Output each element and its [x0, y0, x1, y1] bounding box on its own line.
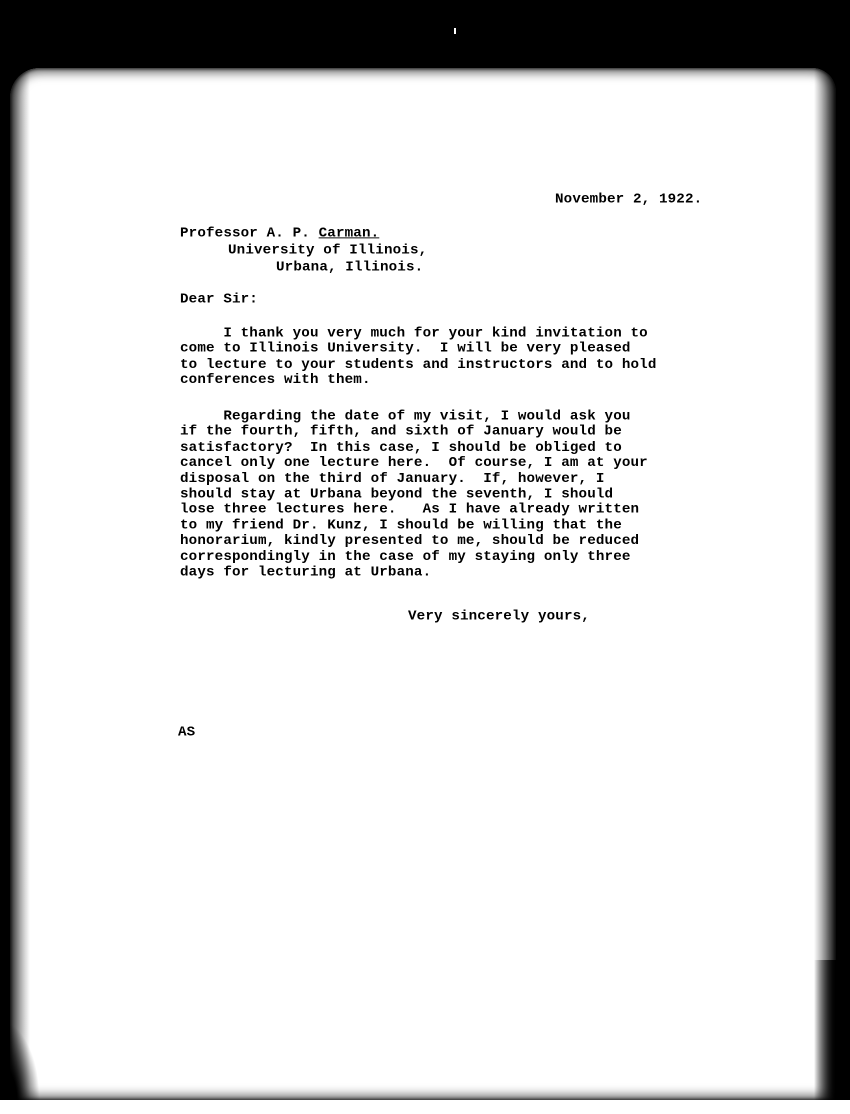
paragraph-line: Regarding the date of my visit, I would …	[180, 409, 648, 425]
typist-initials: AS	[178, 725, 195, 741]
scan-artifact	[454, 28, 456, 34]
closing: Very sincerely yours,	[408, 609, 590, 625]
paragraph-line: satisfactory? In this case, I should be …	[180, 440, 648, 456]
paragraph-line: should stay at Urbana beyond the seventh…	[180, 487, 648, 503]
paragraph-line: to my friend Dr. Kunz, I should be willi…	[180, 518, 648, 534]
paragraph-2: Regarding the date of my visit, I would …	[180, 409, 648, 580]
letter-date: November 2, 1922.	[555, 192, 702, 208]
recipient-institution: University of Illinois,	[228, 243, 427, 259]
recipient-city: Urbana, Illinois.	[276, 260, 423, 276]
recipient-name: Professor A. P. Carman.	[180, 226, 379, 242]
letter-page	[10, 68, 836, 1100]
paragraph-line: I thank you very much for your kind invi…	[180, 326, 657, 342]
paragraph-line: disposal on the third of January. If, ho…	[180, 471, 648, 487]
paragraph-line: conferences with them.	[180, 373, 657, 389]
scan-shadow-bottom-left	[0, 1020, 40, 1100]
paragraph-line: days for lecturing at Urbana.	[180, 565, 648, 581]
paragraph-line: cancel only one lecture here. Of course,…	[180, 456, 648, 472]
paragraph-line: honorarium, kindly presented to me, shou…	[180, 534, 648, 550]
salutation: Dear Sir:	[180, 292, 258, 308]
recipient-name-prefix: Professor A. P.	[180, 226, 319, 241]
paragraph-line: lose three lectures here. As I have alre…	[180, 503, 648, 519]
paragraph-1: I thank you very much for your kind invi…	[180, 326, 657, 388]
paragraph-line: to lecture to your students and instruct…	[180, 357, 657, 373]
recipient-surname: Carman.	[319, 226, 380, 241]
paragraph-line: if the fourth, fifth, and sixth of Janua…	[180, 425, 648, 441]
paragraph-line: come to Illinois University. I will be v…	[180, 342, 657, 358]
scan-shadow-bottom-right	[814, 960, 850, 1100]
paragraph-line: correspondingly in the case of my stayin…	[180, 549, 648, 565]
